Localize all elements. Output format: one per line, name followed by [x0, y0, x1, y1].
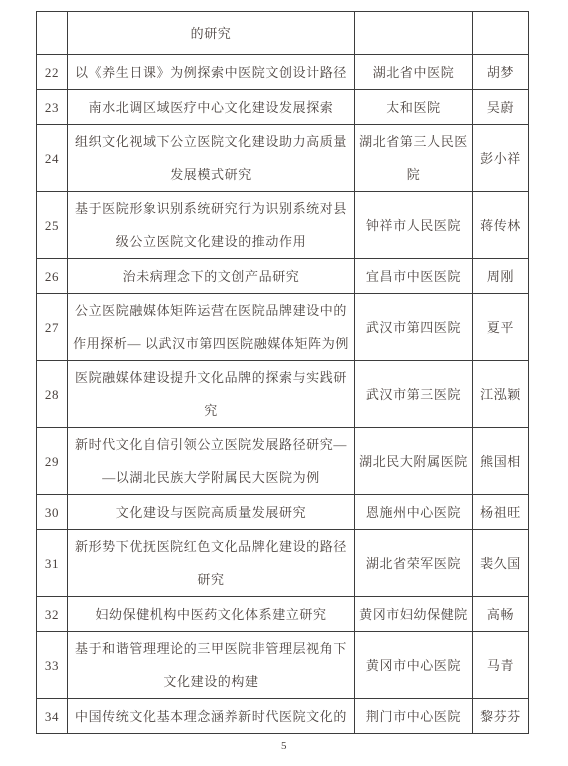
cell-hospital: 太和医院 — [355, 90, 473, 125]
cell-paper-title: 公立医院融媒体矩阵运营在医院品牌建设中的 作用探析— 以武汉市第四医院融媒体矩阵… — [68, 294, 355, 361]
document-page: 的研究 22 以《养生日课》为例探索中医院文创设计路径 湖北省中医院 胡梦 23… — [0, 0, 568, 766]
cell-entry-number: 32 — [37, 597, 68, 632]
cell-hospital: 武汉市第三医院 — [355, 361, 473, 428]
cell-hospital: 钟祥市人民医院 — [355, 192, 473, 259]
cell-hospital: 黄冈市中心医院 — [355, 632, 473, 699]
cell-author: 高畅 — [473, 597, 529, 632]
cell-entry-number: 31 — [37, 530, 68, 597]
cell-author — [473, 12, 529, 55]
cell-author: 裴久国 — [473, 530, 529, 597]
cell-author: 熊国相 — [473, 428, 529, 495]
cell-hospital — [355, 12, 473, 55]
papers-table: 的研究 22 以《养生日课》为例探索中医院文创设计路径 湖北省中医院 胡梦 23… — [36, 11, 529, 734]
cell-author: 蒋传林 — [473, 192, 529, 259]
table-row: 23 南水北调区域医疗中心文化建设发展探索 太和医院 吴蔚 — [37, 90, 529, 125]
cell-paper-title: 新形势下优抚医院红色文化品牌化建设的路径 研究 — [68, 530, 355, 597]
cell-paper-title: 医院融媒体建设提升文化品牌的探索与实践研 究 — [68, 361, 355, 428]
cell-hospital: 荆门市中心医院 — [355, 699, 473, 734]
cell-paper-title: 组织文化视域下公立医院文化建设助力高质量 发展模式研究 — [68, 125, 355, 192]
table-row: 30 文化建设与医院高质量发展研究 恩施州中心医院 杨祖旺 — [37, 495, 529, 530]
cell-entry-number: 26 — [37, 259, 68, 294]
table-row: 24 组织文化视域下公立医院文化建设助力高质量 发展模式研究 湖北省第三人民医 … — [37, 125, 529, 192]
cell-hospital: 湖北省第三人民医 院 — [355, 125, 473, 192]
cell-entry-number: 29 — [37, 428, 68, 495]
cell-hospital: 武汉市第四医院 — [355, 294, 473, 361]
cell-entry-number: 33 — [37, 632, 68, 699]
cell-paper-title: 南水北调区域医疗中心文化建设发展探索 — [68, 90, 355, 125]
table-row: 25 基于医院形象识别系统研究行为识别系统对县 级公立医院文化建设的推动作用 钟… — [37, 192, 529, 259]
cell-author: 黎芬芬 — [473, 699, 529, 734]
cell-author: 马青 — [473, 632, 529, 699]
cell-paper-title: 治未病理念下的文创产品研究 — [68, 259, 355, 294]
table-row: 的研究 — [37, 12, 529, 55]
cell-author: 江泓颖 — [473, 361, 529, 428]
page-number: 5 — [0, 740, 568, 752]
cell-entry-number: 27 — [37, 294, 68, 361]
cell-paper-title: 中国传统文化基本理念涵养新时代医院文化的 — [68, 699, 355, 734]
cell-author: 周刚 — [473, 259, 529, 294]
table-row: 29 新时代文化自信引领公立医院发展路径研究— —以湖北民族大学附属民大医院为例… — [37, 428, 529, 495]
cell-entry-number: 34 — [37, 699, 68, 734]
cell-entry-number: 28 — [37, 361, 68, 428]
cell-hospital: 宜昌市中医医院 — [355, 259, 473, 294]
cell-author: 杨祖旺 — [473, 495, 529, 530]
cell-hospital: 湖北省中医院 — [355, 55, 473, 90]
cell-author: 胡梦 — [473, 55, 529, 90]
table-row: 27 公立医院融媒体矩阵运营在医院品牌建设中的 作用探析— 以武汉市第四医院融媒… — [37, 294, 529, 361]
cell-paper-title: 的研究 — [68, 12, 355, 55]
table-row: 22 以《养生日课》为例探索中医院文创设计路径 湖北省中医院 胡梦 — [37, 55, 529, 90]
table-row: 32 妇幼保健机构中医药文化体系建立研究 黄冈市妇幼保健院 高畅 — [37, 597, 529, 632]
cell-paper-title: 基于医院形象识别系统研究行为识别系统对县 级公立医院文化建设的推动作用 — [68, 192, 355, 259]
cell-entry-number: 22 — [37, 55, 68, 90]
table-row: 33 基于和谐管理理论的三甲医院非管理层视角下 文化建设的构建 黄冈市中心医院 … — [37, 632, 529, 699]
cell-hospital: 湖北省荣军医院 — [355, 530, 473, 597]
cell-author: 夏平 — [473, 294, 529, 361]
cell-entry-number: 25 — [37, 192, 68, 259]
cell-paper-title: 基于和谐管理理论的三甲医院非管理层视角下 文化建设的构建 — [68, 632, 355, 699]
cell-hospital: 湖北民大附属医院 — [355, 428, 473, 495]
table-row: 26 治未病理念下的文创产品研究 宜昌市中医医院 周刚 — [37, 259, 529, 294]
table-row: 28 医院融媒体建设提升文化品牌的探索与实践研 究 武汉市第三医院 江泓颖 — [37, 361, 529, 428]
cell-author: 彭小祥 — [473, 125, 529, 192]
cell-entry-number: 30 — [37, 495, 68, 530]
table-row: 34 中国传统文化基本理念涵养新时代医院文化的 荆门市中心医院 黎芬芬 — [37, 699, 529, 734]
cell-hospital: 黄冈市妇幼保健院 — [355, 597, 473, 632]
cell-entry-number: 23 — [37, 90, 68, 125]
cell-hospital: 恩施州中心医院 — [355, 495, 473, 530]
papers-table-body: 的研究 22 以《养生日课》为例探索中医院文创设计路径 湖北省中医院 胡梦 23… — [37, 12, 529, 734]
cell-paper-title: 文化建设与医院高质量发展研究 — [68, 495, 355, 530]
cell-entry-number — [37, 12, 68, 55]
table-row: 31 新形势下优抚医院红色文化品牌化建设的路径 研究 湖北省荣军医院 裴久国 — [37, 530, 529, 597]
cell-paper-title: 妇幼保健机构中医药文化体系建立研究 — [68, 597, 355, 632]
cell-paper-title: 以《养生日课》为例探索中医院文创设计路径 — [68, 55, 355, 90]
cell-author: 吴蔚 — [473, 90, 529, 125]
cell-entry-number: 24 — [37, 125, 68, 192]
cell-paper-title: 新时代文化自信引领公立医院发展路径研究— —以湖北民族大学附属民大医院为例 — [68, 428, 355, 495]
